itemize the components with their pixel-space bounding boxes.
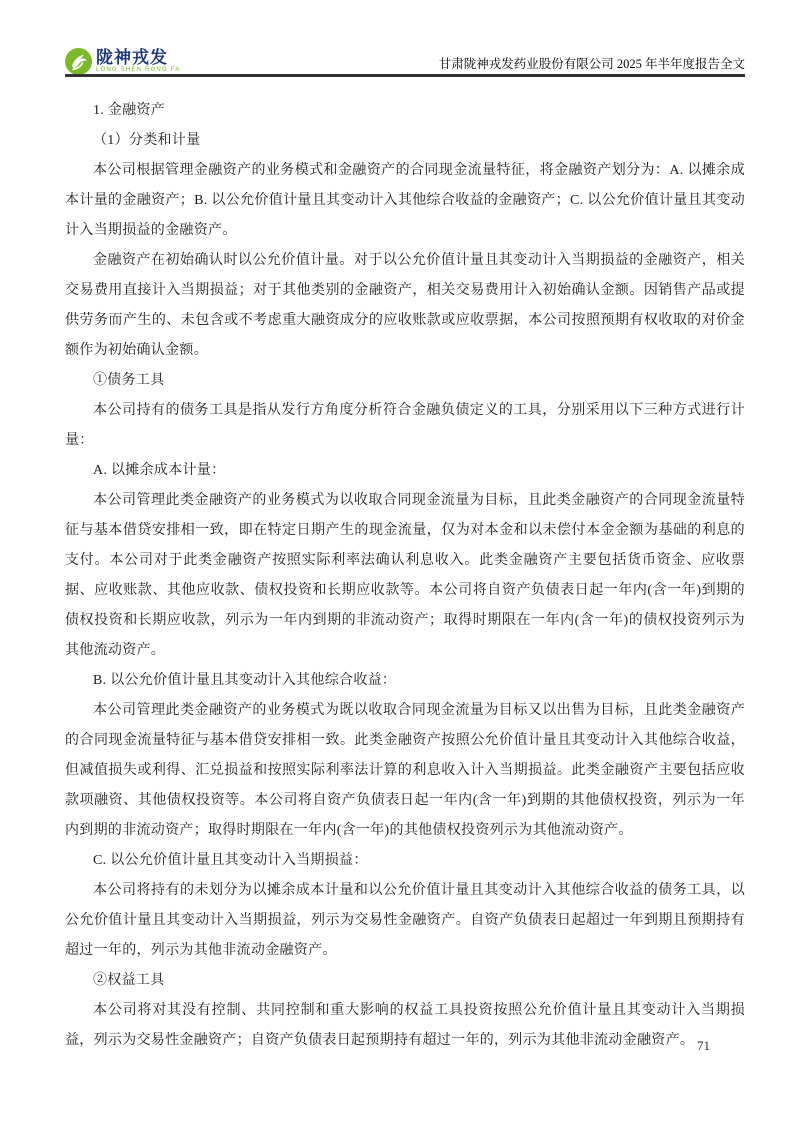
paragraph: 1. 金融资产 [65, 96, 745, 126]
paragraph: 本公司根据管理金融资产的业务模式和金融资产的合同现金流量特征，将金融资产划分为：… [65, 156, 745, 246]
paragraph: 本公司将对其没有控制、共同控制和重大影响的权益工具投资按照公允价值计量且其变动计… [65, 996, 745, 1056]
paragraph: C. 以公允价值计量且其变动计入当期损益： [65, 846, 745, 876]
report-title: 甘肃陇神戎发药业股份有限公司 2025 年半年度报告全文 [439, 56, 745, 75]
page-number: 71 [697, 1038, 710, 1054]
paragraph: A. 以摊余成本计量： [65, 456, 745, 486]
paragraph: ①债务工具 [65, 366, 745, 396]
paragraph: 本公司将持有的未划分为以摊余成本计量和以公允价值计量且其变动计入其他综合收益的债… [65, 876, 745, 966]
company-logo: 陇神戎发 LONG SHEN RONG FA [65, 48, 180, 75]
report-page: 陇神戎发 LONG SHEN RONG FA 甘肃陇神戎发药业股份有限公司 20… [0, 0, 793, 1122]
paragraph: 金融资产在初始确认时以公允价值计量。对于以公允价值计量且其变动计入当期损益的金融… [65, 246, 745, 366]
page-header: 陇神戎发 LONG SHEN RONG FA 甘肃陇神戎发药业股份有限公司 20… [65, 42, 745, 75]
logo-company-name-en: LONG SHEN RONG FA [96, 67, 180, 74]
logo-company-name-cn: 陇神戎发 [96, 49, 180, 67]
paragraph: ②权益工具 [65, 966, 745, 996]
paragraph: 本公司管理此类金融资产的业务模式为以收取合同现金流量为目标，且此类金融资产的合同… [65, 486, 745, 666]
header-divider [65, 74, 745, 77]
paragraph: B. 以公允价值计量且其变动计入其他综合收益： [65, 666, 745, 696]
document-body: 1. 金融资产 （1）分类和计量 本公司根据管理金融资产的业务模式和金融资产的合… [65, 96, 745, 1056]
paragraph: 本公司管理此类金融资产的业务模式为既以收取合同现金流量为目标又以出售为目标，且此… [65, 696, 745, 846]
logo-bird-icon [65, 48, 92, 75]
logo-text: 陇神戎发 LONG SHEN RONG FA [96, 49, 180, 74]
paragraph: （1）分类和计量 [65, 126, 745, 156]
paragraph: 本公司持有的债务工具是指从发行方角度分析符合金融负债定义的工具，分别采用以下三种… [65, 396, 745, 456]
